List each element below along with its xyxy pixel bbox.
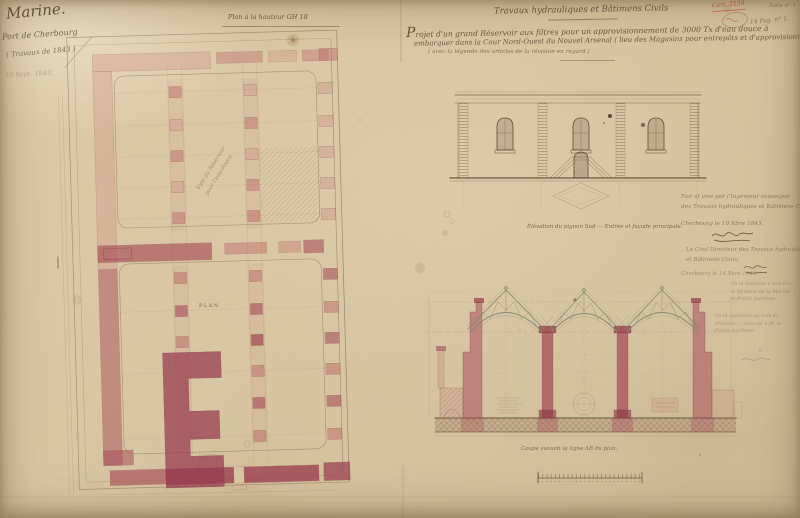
pencil2-line-2: Ministre — renvoyé à M. le	[715, 321, 781, 329]
left-annex	[436, 346, 463, 418]
paving-lozenge	[553, 183, 609, 209]
room-ref: Salle n° 1	[769, 3, 796, 10]
hatched-zone	[259, 147, 321, 223]
pencil-signature-mark	[742, 358, 770, 360]
director-visa-note: Le Chef Directeur des Travaux hydrauliqu…	[686, 246, 800, 265]
pencil-note-1: Vu et transmis à Son Exc. le Ministre de…	[731, 281, 796, 304]
plan-caption: Plan à la hauteur GH 18	[228, 13, 308, 21]
foundation-strip	[435, 418, 736, 436]
buttressed-east-wall	[312, 36, 350, 482]
plan-caption-underline	[222, 26, 340, 27]
plan-label: PLAN	[199, 303, 220, 309]
lower-basin-outline	[119, 259, 326, 455]
section-piers	[539, 326, 631, 418]
visa-line-2: des Travaux hydrauliques et Bâtimens Civ…	[681, 202, 800, 212]
director-date-line: Cherbourg le 14 Xbre 1843.	[681, 271, 758, 278]
elevation-drawing	[450, 92, 706, 209]
project-title-line3: ( avec la légende des articles de la rév…	[428, 49, 590, 56]
project-title-underline	[560, 60, 615, 61]
section-caption: Coupe suivant la ligne AB du plan.	[521, 446, 617, 453]
visa-date-line: Cherbourg le 10 Xbre 1843.	[681, 221, 763, 228]
pencil1-line-3: le Préfet maritime.	[731, 296, 796, 304]
section-interior-notes	[497, 393, 678, 415]
visa-line-1: Fait et visé par l'Ingénieur soussigné	[681, 192, 800, 202]
roof-trusses	[468, 286, 701, 334]
scale-bar	[538, 472, 642, 483]
entrance-door	[574, 152, 588, 178]
pencil-note-2: Vu et approuvé au nom du Ministre — renv…	[715, 313, 781, 336]
signature-mark	[712, 233, 753, 242]
director-line-1: Le Chef Directeur des Travaux hydrauliqu…	[686, 246, 800, 256]
pencil1-line-2: le Ministre de la Marine —	[731, 289, 796, 297]
scanned-drawing-sheet: Marine. Port de Cherbourg ( Travaux de 1…	[0, 0, 800, 518]
right-annex	[712, 390, 742, 418]
e-shaped-wall	[163, 351, 225, 488]
pencil2-line-1: Vu et approuvé au nom du	[715, 313, 781, 321]
drawing-canvas	[0, 0, 800, 518]
engineer-visa-note: Fait et visé par l'Ingénieur soussigné d…	[681, 192, 800, 213]
section-left-wall	[463, 302, 482, 418]
director-line-2: et Bâtimens Civils.	[686, 256, 800, 266]
pencil1-line-1: Vu et transmis à Son Exc.	[731, 281, 796, 289]
elevation-caption: Élévation du pignon Sud — Entrée et faça…	[527, 224, 683, 231]
floor-plan-drawing	[52, 30, 351, 498]
section-right-wall	[693, 302, 712, 418]
pencil2-line-3: Préfet maritime.	[715, 328, 781, 336]
section-drawing	[425, 286, 742, 483]
arched-windows	[495, 118, 666, 153]
